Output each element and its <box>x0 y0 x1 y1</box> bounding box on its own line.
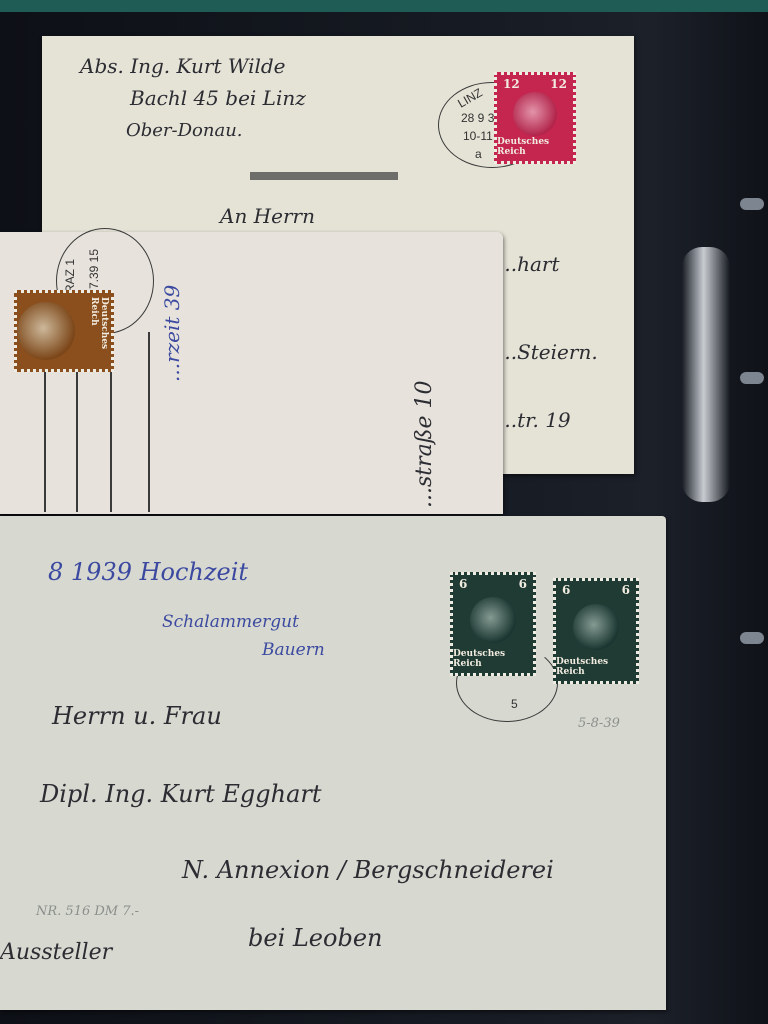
address-line: N. Annexion / Bergschneiderei <box>182 856 554 884</box>
binder-ring <box>740 632 764 644</box>
postmark-city: LINZ <box>455 85 485 110</box>
address-line: Herrn u. Frau <box>52 702 222 730</box>
subheader-note: Schalammergut <box>162 612 299 632</box>
recipient-line: ...Steiern. <box>498 340 598 364</box>
hindenburg-portrait-icon <box>17 302 75 360</box>
postmark-date: 7.39 15 <box>87 249 101 289</box>
envelope-middle: GRAZ 1 7.39 15 Deutsches Reich ...rzeit … <box>0 232 503 514</box>
hindenburg-portrait-icon <box>470 597 516 643</box>
handwritten-address: ...straße 10 <box>412 381 437 508</box>
hindenburg-portrait-icon <box>513 92 557 136</box>
sender-line: Ober-Donau. <box>126 120 243 141</box>
ink-smudge <box>250 172 398 180</box>
pencil-price: NR. 516 DM 7.- <box>36 904 139 919</box>
hindenburg-portrait-icon <box>573 604 619 650</box>
recipient-line: ...tr. 19 <box>498 408 571 432</box>
subheader-note: Bauern <box>262 640 325 660</box>
address-line: Dipl. Ing. Kurt Egghart <box>40 780 322 808</box>
sleeve-glare <box>682 247 730 502</box>
header-note: 8 1939 Hochzeit <box>48 558 248 586</box>
postmark-letter: a <box>475 147 482 161</box>
pencil-date: 5-8-39 <box>578 716 620 731</box>
postmark-letter: 5 <box>511 697 518 711</box>
postmark-time: 10-11 <box>463 129 493 143</box>
bottom-left-text: Aussteller <box>0 940 112 965</box>
binder-ring <box>740 198 764 210</box>
recipient-line: ...hart <box>498 252 559 276</box>
stamp-12-pf: 1212 Deutsches Reich <box>494 72 576 164</box>
envelope-bottom: 8 1939 Hochzeit Schalammergut Bauern Her… <box>0 516 666 1010</box>
recipient-line: An Herrn <box>220 204 315 228</box>
address-line: bei Leoben <box>248 924 382 952</box>
binder-ring <box>740 372 764 384</box>
stamp-6-pf: 66 Deutsches Reich <box>450 572 536 676</box>
handwritten-note: ...rzeit 39 <box>160 285 184 382</box>
stamp-6-pf: 66 Deutsches Reich <box>553 578 639 684</box>
sender-line: Abs. Ing. Kurt Wilde <box>80 54 286 78</box>
sender-line: Bachl 45 bei Linz <box>130 86 306 110</box>
stamp-3-pf: Deutsches Reich <box>14 290 114 372</box>
